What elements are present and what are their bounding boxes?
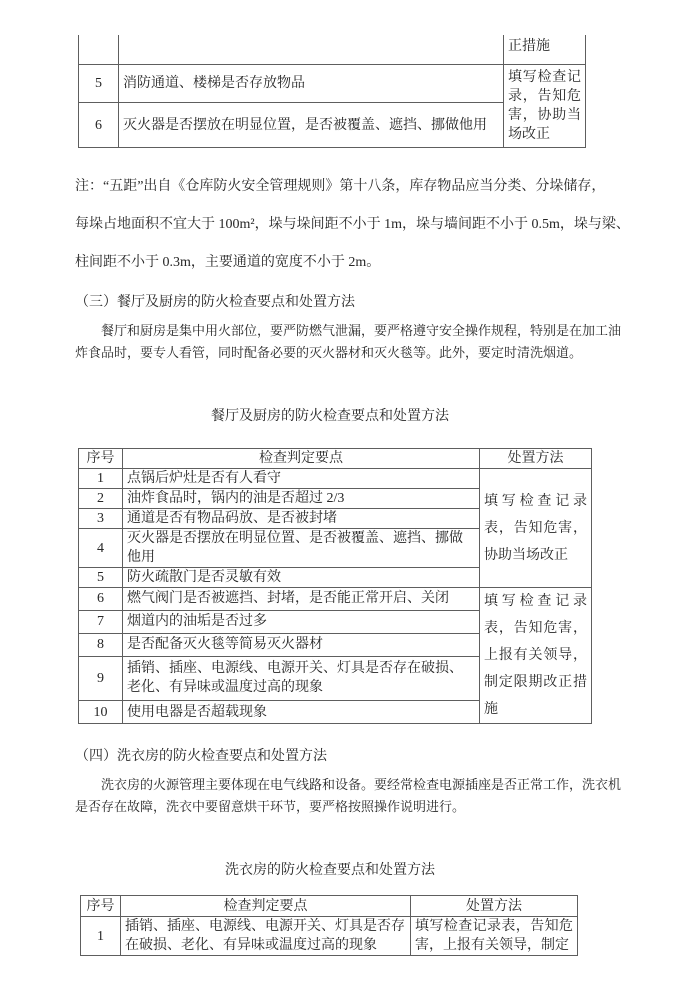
table-header-row: 序号 检查判定要点 处置方法 — [81, 896, 578, 917]
table-row: 正措施 — [79, 35, 586, 65]
header-action: 处置方法 — [411, 896, 578, 917]
paragraph-line: 洗衣房的火源管理主要体现在电气线路和设备。要经常检查电源插座是否正常工作，洗衣机 — [75, 774, 635, 796]
kitchen-paragraph: 餐厅和厨房是集中用火部位，要严防燃气泄漏，要严格遵守安全操作规程，特别是在加工油… — [75, 320, 635, 364]
table-row: 5 消防通道、楼梯是否存放物品 填写检查记录，告知危害，协助当场改正 — [79, 65, 586, 103]
item-cell: 点锅后炉灶是否有人看守 — [123, 469, 480, 489]
seq-cell: 6 — [79, 103, 119, 148]
note-line: 注：“五距”出自《仓库防火安全管理规则》第十八条，库存物品应当分类、分垛储存， — [75, 168, 635, 206]
item-cell: 插销、插座、电源线、电源开关、灯具是否存在破损、老化、有异味或温度过高的现象 — [123, 656, 480, 701]
seq-cell: 7 — [79, 610, 123, 633]
action-cell: 填写检查记录表，告知危害，上报有关领导，制定限期改正措施 — [480, 588, 592, 724]
item-cell: 灭火器是否摆放在明显位置、是否被覆盖、遮挡、挪做他用 — [123, 529, 480, 568]
action-cell: 填写检查记录表，告知危害，上报有关领导，制定 — [411, 917, 578, 956]
item-cell: 使用电器是否超载现象 — [123, 701, 480, 724]
item-cell: 烟道内的油垢是否过多 — [123, 610, 480, 633]
note-line: 柱间距不小于 0.3m，主要通道的宽度不小于 2m。 — [75, 244, 635, 282]
seq-cell: 2 — [79, 489, 123, 509]
seq-cell: 3 — [79, 509, 123, 529]
table-row: 1 插销、插座、电源线、电源开关、灯具是否存在破损、老化、有异味或温度过高的现象… — [81, 917, 578, 956]
seq-cell: 1 — [81, 917, 121, 956]
item-cell — [119, 35, 504, 65]
item-cell: 是否配备灭火毯等简易灭火器材 — [123, 633, 480, 656]
kitchen-table-title: 餐厅及厨房的防火检查要点和处置方法 — [75, 406, 585, 427]
item-cell: 插销、插座、电源线、电源开关、灯具是否存在破损、老化、有异味或温度过高的现象 — [121, 917, 411, 956]
kitchen-table: 序号 检查判定要点 处置方法 1 点锅后炉灶是否有人看守 填写检查记录表，告知危… — [78, 448, 592, 724]
header-item: 检查判定要点 — [123, 449, 480, 469]
note-paragraph: 注：“五距”出自《仓库防火安全管理规则》第十八条，库存物品应当分类、分垛储存， … — [75, 168, 635, 282]
seq-cell: 4 — [79, 529, 123, 568]
seq-cell: 1 — [79, 469, 123, 489]
action-cell-fragment: 正措施 — [504, 35, 586, 65]
table-row: 1 点锅后炉灶是否有人看守 填写检查记录表，告知危害，协助当场改正 — [79, 469, 592, 489]
item-cell: 消防通道、楼梯是否存放物品 — [119, 65, 504, 103]
paragraph-line: 炸食品时，要专人看管，同时配备必要的灭火器材和灭火毯等。此外，要定时清洗烟道。 — [75, 342, 635, 364]
item-cell: 油炸食品时，锅内的油是否超过 2/3 — [123, 489, 480, 509]
seq-cell: 9 — [79, 656, 123, 701]
seq-cell: 5 — [79, 65, 119, 103]
table-row: 6 燃气阀门是否被遮挡、封堵，是否能正常开启、关闭 填写检查记录表，告知危害，上… — [79, 588, 592, 611]
action-cell: 填写检查记录，告知危害，协助当场改正 — [504, 65, 586, 148]
laundry-table: 序号 检查判定要点 处置方法 1 插销、插座、电源线、电源开关、灯具是否存在破损… — [80, 895, 578, 956]
header-seq: 序号 — [79, 449, 123, 469]
seq-cell: 10 — [79, 701, 123, 724]
header-item: 检查判定要点 — [121, 896, 411, 917]
section-heading-kitchen: （三）餐厅及厨房的防火检查要点和处置方法 — [75, 292, 700, 313]
header-seq: 序号 — [81, 896, 121, 917]
section-heading-laundry: （四）洗衣房的防火检查要点和处置方法 — [75, 746, 700, 767]
paragraph-line: 餐厅和厨房是集中用火部位，要严防燃气泄漏，要严格遵守安全操作规程，特别是在加工油 — [75, 320, 635, 342]
item-cell: 防火疏散门是否灵敏有效 — [123, 568, 480, 588]
document-page: 正措施 5 消防通道、楼梯是否存放物品 填写检查记录，告知危害，协助当场改正 6… — [0, 0, 700, 990]
item-cell: 燃气阀门是否被遮挡、封堵，是否能正常开启、关闭 — [123, 588, 480, 611]
table-header-row: 序号 检查判定要点 处置方法 — [79, 449, 592, 469]
note-line: 每垛占地面积不宜大于 100m²，垛与垛间距不小于 1m，垛与墙间距不小于 0.… — [75, 206, 635, 244]
item-cell: 灭火器是否摆放在明显位置，是否被覆盖、遮挡、挪做他用 — [119, 103, 504, 148]
seq-cell: 6 — [79, 588, 123, 611]
seq-cell — [79, 35, 119, 65]
seq-cell: 8 — [79, 633, 123, 656]
header-action: 处置方法 — [480, 449, 592, 469]
action-cell: 填写检查记录表，告知危害，协助当场改正 — [480, 469, 592, 588]
seq-cell: 5 — [79, 568, 123, 588]
paragraph-line: 是否存在故障，洗衣中要留意烘干环节，要严格按照操作说明进行。 — [75, 796, 635, 818]
laundry-table-title: 洗衣房的防火检查要点和处置方法 — [75, 860, 585, 881]
carryover-table: 正措施 5 消防通道、楼梯是否存放物品 填写检查记录，告知危害，协助当场改正 6… — [78, 35, 586, 148]
item-cell: 通道是否有物品码放、是否被封堵 — [123, 509, 480, 529]
laundry-paragraph: 洗衣房的火源管理主要体现在电气线路和设备。要经常检查电源插座是否正常工作，洗衣机… — [75, 774, 635, 818]
